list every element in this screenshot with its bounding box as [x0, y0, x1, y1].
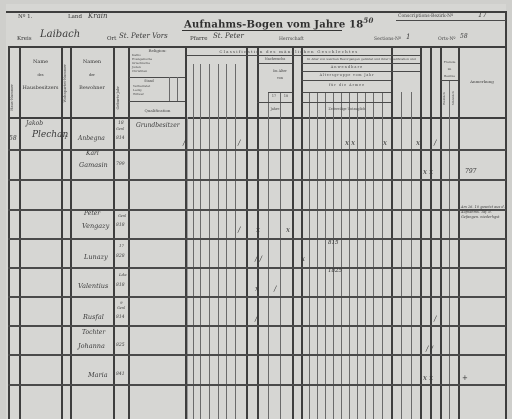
- ort-value: St. Peter Vors: [119, 32, 168, 40]
- stand-divider: [169, 77, 170, 101]
- sections-value: 1: [406, 33, 410, 41]
- religion-list: Katho Evangelische Griechische Juden Chr…: [130, 53, 185, 73]
- age-17: 17: [269, 94, 279, 99]
- fremde-header: Fremde im Besitze: [441, 59, 458, 80]
- wohnpartei-label: Wohnpartei-Nummer: [63, 64, 67, 102]
- hausbesitzer-header: Name des Hausbesitzers: [20, 56, 61, 95]
- row8-mark: / /: [426, 345, 433, 353]
- row7-mark: /: [434, 315, 436, 323]
- row1-mark: x x: [345, 139, 355, 147]
- maennlich-label: Männlich: [451, 91, 455, 105]
- im-alter-word: von: [268, 75, 292, 82]
- row1-besitzer-first: Jakob: [26, 120, 43, 127]
- row1-mark: /: [434, 139, 436, 147]
- kreis-value: Laibach: [40, 29, 80, 40]
- armee-divider: [301, 92, 391, 93]
- row1-mark: x: [416, 139, 420, 147]
- kreis-label: Kreis: [17, 36, 32, 42]
- zu-wissen-header: In Alter von welchen Bevorgangen gebilde…: [303, 57, 420, 62]
- row5-mark: x: [301, 255, 305, 263]
- row9-mark: +: [462, 374, 468, 382]
- row5-bewohner-last: Lunazy: [84, 253, 108, 261]
- row1-qualification: Grundbesitzer: [136, 122, 180, 129]
- thin-col: [365, 92, 366, 419]
- thin-col: [317, 92, 318, 419]
- fremde-word: Fremde: [441, 59, 458, 66]
- anwendbare-header: Anwendbare: [302, 65, 392, 70]
- row4-mark: x: [286, 226, 290, 234]
- altersgruppe-divider: [301, 80, 391, 81]
- row1-year: 814: [116, 136, 125, 141]
- thin-col: [401, 92, 402, 419]
- col-line-13: [430, 46, 432, 419]
- age-18: 18: [281, 94, 291, 99]
- im-alter-word: Im Alter: [268, 68, 292, 75]
- row1-haus-nr: 58: [9, 135, 17, 142]
- religion-box: Religion: Katho Evangelische Griechische…: [130, 48, 185, 76]
- row-separator: [8, 325, 506, 327]
- weiblich-label: Weiblich: [442, 92, 446, 105]
- wohnpartei-header: Wohnpartei-Nummer: [63, 64, 70, 114]
- qualification-header: Qualification: [130, 108, 185, 113]
- pfarre-label: Pfarre: [190, 36, 208, 42]
- sections-label: Sections-Nº: [374, 37, 401, 42]
- thin-col: [209, 64, 210, 419]
- fremde-word: im: [441, 66, 458, 73]
- classification-divider: [187, 55, 420, 56]
- thin-col: [357, 92, 358, 419]
- stand-box: Stand Verheiratet Ledig Witwer: [130, 79, 168, 96]
- geburtsjahr-label: Geburts-Jahr: [116, 86, 120, 109]
- jahre-line: [257, 102, 292, 103]
- col-line-9: [292, 46, 294, 419]
- thin-col: [218, 64, 219, 419]
- row1-mark: /: [238, 139, 240, 147]
- land-label: Land: [68, 14, 82, 20]
- anwendbare-divider: [301, 71, 420, 72]
- right-border: [505, 11, 507, 419]
- nachwuchs-header: Nachwuchs: [258, 57, 292, 62]
- census-sheet-background: Nº 1. Land Krain Aufnahms-Bogen vom Jahr…: [0, 0, 512, 419]
- herrschaft-label: Herrschaft: [279, 37, 304, 42]
- header-word: der: [71, 69, 113, 82]
- row1-year-top: 18: [118, 121, 124, 126]
- col-line-4: [113, 46, 115, 419]
- ages-top-line: [268, 92, 292, 93]
- row9-bewohner-last: Maria: [88, 371, 108, 379]
- nachwuchs-divider: [257, 63, 292, 64]
- thin-col: [280, 92, 281, 419]
- row6-bewohner-last: Valentius: [78, 282, 108, 290]
- row7-year-sub: Genl: [117, 306, 125, 310]
- row5-mark: / /: [255, 255, 262, 263]
- thin-col: [226, 64, 227, 419]
- form-number: Nº 1.: [18, 14, 32, 20]
- form-title-text: Aufnahms-Bogen vom Jahre 18: [184, 19, 363, 30]
- row-separator: [8, 267, 506, 269]
- row4-year: 818: [116, 223, 125, 228]
- row2-note: 797: [465, 168, 476, 175]
- col-line-12: [420, 46, 422, 419]
- row1-besitzer-last: Plechan: [32, 130, 68, 140]
- thin-col: [373, 92, 374, 419]
- col-line-3: [70, 46, 72, 419]
- row7-bewohner-last: Rusfal: [83, 313, 104, 321]
- pfarre-value: St. Peter: [213, 32, 244, 40]
- zu-wissen-divider: [301, 63, 420, 64]
- stand-divider: [177, 77, 178, 101]
- thin-col: [268, 92, 269, 419]
- conscription-value: 17: [478, 11, 487, 19]
- row2-bewohner-first: Karl: [86, 150, 99, 157]
- haus-nr-label: Haus-Nummer: [10, 84, 14, 111]
- census-form-paper: Nº 1. Land Krain Aufnahms-Bogen vom Jahr…: [6, 4, 506, 419]
- jahre-label: Jahre: [258, 107, 292, 112]
- title-underline: [182, 30, 342, 31]
- armee-header: für die Armee: [302, 83, 392, 88]
- header-word: Bewohner: [71, 82, 113, 95]
- age-cols-divider: [301, 102, 391, 103]
- row-separator: [8, 179, 506, 181]
- row7-year-top: 9: [120, 300, 123, 305]
- fremde-divider: [440, 80, 458, 81]
- row2-mark: x x: [423, 168, 433, 176]
- bewohner-header: Namen der Bewohner: [71, 56, 113, 95]
- row6-mark: x: [255, 285, 259, 293]
- thin-col: [341, 92, 342, 419]
- row1-mark: x: [383, 139, 387, 147]
- row4-bewohner-last: Vengazy: [82, 222, 109, 230]
- row1-year-sub: Genl: [116, 127, 124, 131]
- row1-partei-nr: 1: [64, 135, 67, 141]
- row6-mark: /: [274, 285, 276, 293]
- thin-col: [325, 92, 326, 419]
- row7-mark: /: [255, 315, 257, 323]
- row9-year: 841: [116, 372, 125, 377]
- row6-year-top: Lda: [119, 272, 127, 277]
- col-line-15: [458, 46, 460, 419]
- form-title: Aufnahms-Bogen vom Jahre 1850: [184, 16, 374, 30]
- thin-col: [411, 92, 412, 419]
- thin-col: [449, 80, 450, 419]
- row1-mark: /: [183, 139, 185, 147]
- thin-col: [193, 64, 194, 419]
- row-separator: [8, 238, 506, 240]
- row2-bewohner-last: Gamasin: [79, 161, 108, 169]
- col-line-1: [19, 46, 21, 419]
- row7-year: 814: [116, 315, 125, 320]
- row8-year: 825: [116, 343, 125, 348]
- row8-bewohner-first: Tochter: [82, 329, 105, 336]
- qualification-divider: [129, 101, 185, 102]
- col-line-7: [246, 46, 248, 419]
- conscription-underline: [396, 20, 506, 21]
- im-alter-header: Im Alter von: [268, 68, 292, 82]
- row4-bewohner-first: Peter: [84, 210, 100, 217]
- stand-row: Witwer: [133, 92, 168, 96]
- thin-col: [200, 64, 201, 419]
- row4-mark: x: [256, 226, 260, 234]
- haus-nr-header: Haus-Nummer: [10, 84, 18, 116]
- row4-year-sub: Genl: [118, 214, 126, 218]
- row-separator: [8, 209, 506, 211]
- col-line-11: [391, 46, 393, 419]
- stand-list: Verheiratet Ledig Witwer: [130, 84, 168, 96]
- row3-note: Am 26. 10 gesetzt aus d. Aufnahms. Taf. …: [461, 205, 505, 220]
- ort-label: Ort: [107, 36, 116, 42]
- row5-year-top: 17: [119, 243, 124, 248]
- form-title-year: 50: [363, 16, 373, 25]
- row6-year: 818: [116, 283, 125, 288]
- maennlich-header: Männlich: [451, 90, 457, 110]
- row9-mark: x x: [423, 374, 433, 382]
- row4-note: 815: [328, 240, 339, 246]
- header-word: Name: [20, 56, 61, 69]
- row-separator: [8, 296, 506, 298]
- row1-bewohner: Anbegna: [78, 135, 105, 142]
- religion-row: Christiten: [132, 69, 185, 73]
- geburtsjahr-header: Geburts-Jahr: [116, 86, 126, 114]
- altersgruppe-header: Altersgruppe vom Jahr: [302, 73, 392, 78]
- row5-note: 1825: [328, 268, 342, 274]
- header-word: des: [20, 69, 61, 82]
- row-separator: [8, 384, 506, 386]
- land-value: Krain: [88, 12, 108, 20]
- thin-col: [333, 92, 334, 419]
- orts-value: 58: [460, 33, 468, 40]
- row-separator: [8, 354, 506, 356]
- row5-year: 828: [116, 254, 125, 259]
- row-separator: [8, 149, 506, 151]
- top-border: [6, 11, 506, 13]
- header-word: Hausbesitzers: [20, 82, 61, 95]
- row4-mark: /: [238, 226, 240, 234]
- row8-bewohner-last: Johanna: [78, 342, 105, 350]
- thin-col: [235, 64, 236, 419]
- conscription-label: Conscriptions-Bezirk-Nº: [398, 14, 453, 19]
- orts-label: Orts-Nº: [438, 37, 456, 42]
- anmerkung-header: Anmerkung: [459, 79, 505, 84]
- row2-year: 799: [116, 162, 125, 167]
- weiblich-header: Weiblich: [442, 90, 448, 110]
- classification-title: Classification des männlichen Geschlecht…: [187, 49, 391, 54]
- header-word: Namen: [71, 56, 113, 69]
- thin-col: [309, 92, 310, 419]
- zeitweilig-header: Zeitweilige Untauglich: [302, 107, 392, 112]
- fremde-word: Besitze: [441, 73, 458, 80]
